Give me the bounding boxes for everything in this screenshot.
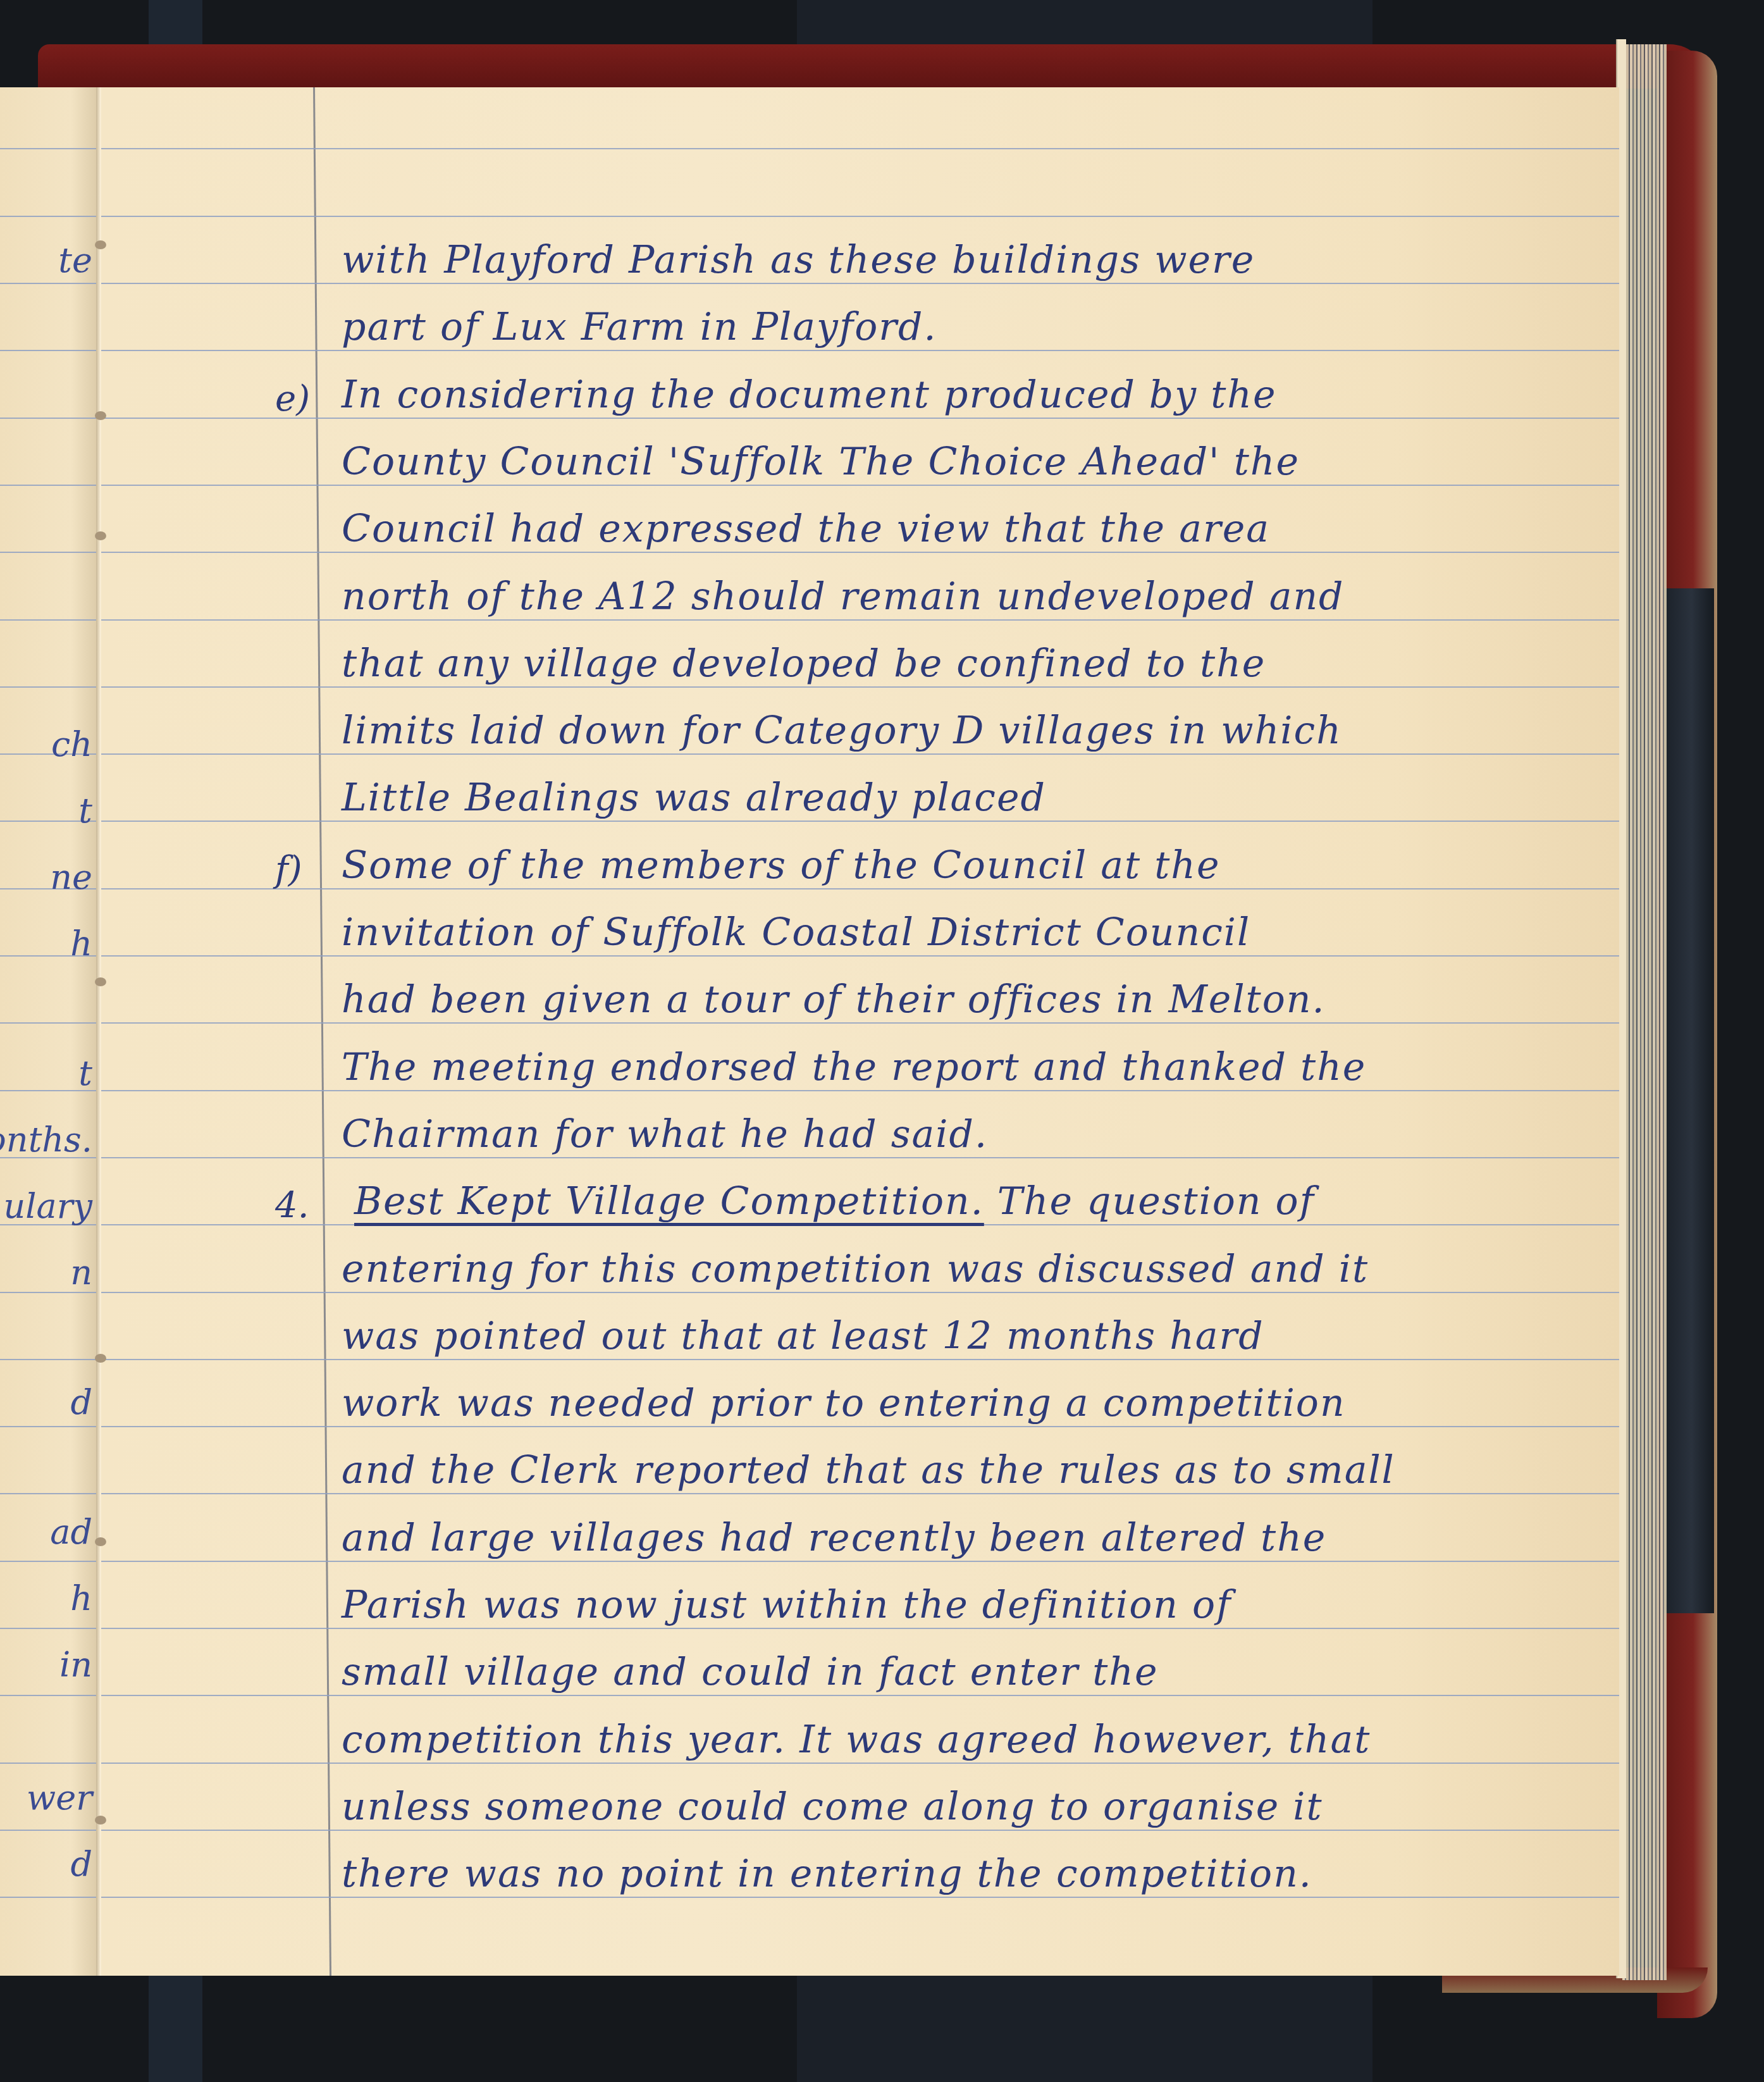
ruled-line	[101, 686, 1619, 688]
ruled-line	[0, 1426, 101, 1427]
ruled-line	[0, 485, 101, 486]
left-page-text-fragment: ulary	[3, 1186, 92, 1226]
item-4-text: The question of	[984, 1179, 1315, 1224]
left-page-text-fragment: h	[70, 924, 92, 964]
left-page-text-fragment: ne	[50, 857, 92, 897]
ruled-line	[101, 283, 1619, 284]
margin-line	[313, 87, 331, 1976]
left-page-text-fragment: t	[78, 791, 92, 831]
ruled-line	[0, 686, 101, 688]
handwritten-line: had been given a tour of their offices i…	[342, 981, 1326, 1019]
book-cover-top-edge	[38, 44, 1708, 89]
handwritten-line: Little Bealings was already placed	[342, 779, 1046, 817]
ruled-line	[101, 821, 1619, 822]
handwritten-line: The meeting endorsed the report and than…	[342, 1048, 1366, 1086]
right-page: with Playford Parish as these buildings …	[101, 87, 1619, 1976]
section-marker: 4.	[275, 1185, 309, 1226]
ruled-line	[101, 1090, 1619, 1091]
left-page-text-fragment: wer	[27, 1778, 92, 1818]
left-page-text-fragment: d	[70, 1844, 92, 1884]
ruled-line	[0, 619, 101, 621]
binding-stitch-hole	[95, 1816, 106, 1825]
binding-stitch-hole	[95, 531, 106, 540]
ruled-line	[0, 1493, 101, 1494]
ruled-line	[101, 619, 1619, 621]
handwritten-line: small village and could in fact enter th…	[342, 1653, 1159, 1691]
ruled-line	[101, 1561, 1619, 1562]
handwritten-line: competition this year. It was agreed how…	[342, 1721, 1371, 1759]
ruled-line	[101, 1897, 1619, 1898]
section-marker: f)	[275, 849, 302, 890]
handwritten-line: unless someone could come along to organ…	[342, 1788, 1323, 1826]
ruled-line	[101, 216, 1619, 217]
ruled-line	[101, 485, 1619, 486]
binding-stitch-hole	[95, 1537, 106, 1546]
handwritten-line: there was no point in entering the compe…	[342, 1855, 1312, 1893]
binding-stitch-hole	[95, 411, 106, 420]
ruled-line	[101, 1830, 1619, 1831]
ruled-line	[0, 350, 101, 351]
handwritten-line: Council had expressed the view that the …	[342, 510, 1270, 548]
handwritten-line: work was needed prior to entering a comp…	[342, 1384, 1346, 1422]
handwritten-line: part of Lux Farm in Playford.	[342, 308, 937, 346]
handwritten-line: In considering the document produced by …	[342, 376, 1277, 414]
handwritten-line: entering for this competition was discus…	[342, 1250, 1369, 1288]
handwritten-line: Some of the members of the Council at th…	[342, 846, 1221, 884]
handwritten-line: invitation of Suffolk Coastal District C…	[342, 914, 1250, 951]
left-page-text-fragment: n	[70, 1253, 92, 1292]
ruled-line	[101, 1359, 1619, 1360]
ruled-line	[101, 888, 1619, 889]
left-page-text-fragment: h	[70, 1578, 92, 1618]
handwritten-line: that any village developed be confined t…	[342, 645, 1266, 683]
left-page-text-fragment: te	[58, 240, 92, 280]
ruled-line	[101, 552, 1619, 553]
handwritten-line: Best Kept Village Competition. The quest…	[354, 1182, 1315, 1220]
handwritten-line: County Council 'Suffolk The Choice Ahead…	[342, 443, 1300, 481]
handwritten-line: Parish was now just within the definitio…	[342, 1586, 1231, 1624]
ruled-line	[101, 1224, 1619, 1225]
ruled-line	[0, 1628, 101, 1629]
left-page: techtnehtonths.ularyndadhinwerd	[0, 87, 101, 1976]
handwritten-line: limits laid down for Category D villages…	[342, 712, 1342, 750]
ruled-line	[0, 1359, 101, 1360]
handwritten-line: and the Clerk reported that as the rules…	[342, 1451, 1395, 1489]
ruled-line	[0, 1561, 101, 1562]
ruled-line	[101, 148, 1619, 149]
left-page-text-fragment: onths.	[0, 1120, 92, 1160]
ruled-line	[0, 1763, 101, 1764]
page-block-edges	[1622, 44, 1667, 1980]
book-spine-cloth	[1663, 588, 1714, 1613]
binding-stitch-hole	[95, 1354, 106, 1363]
handwritten-line: and large villages had recently been alt…	[342, 1519, 1326, 1557]
ruled-line	[101, 1695, 1619, 1696]
left-page-text-fragment: in	[59, 1645, 92, 1685]
left-page-text-fragment: d	[70, 1382, 92, 1422]
ruled-line	[101, 1157, 1619, 1158]
item-4-heading: Best Kept Village Competition.	[354, 1179, 984, 1224]
handwritten-line: Chairman for what he had said.	[342, 1115, 988, 1153]
handwritten-line: north of the A12 should remain undevelop…	[342, 578, 1345, 616]
ruled-line	[0, 1897, 101, 1898]
ruled-line	[0, 148, 101, 149]
ruled-line	[101, 1022, 1619, 1024]
left-page-text-fragment: ad	[50, 1512, 92, 1552]
ruled-line	[101, 1493, 1619, 1494]
handwritten-line: with Playford Parish as these buildings …	[342, 241, 1255, 279]
handwritten-line: was pointed out that at least 12 months …	[342, 1317, 1264, 1355]
ruled-line	[101, 1426, 1619, 1427]
ruled-line	[101, 753, 1619, 755]
binding-stitch-hole	[95, 977, 106, 986]
ruled-line	[101, 1628, 1619, 1629]
ruled-line	[101, 1292, 1619, 1293]
ruled-line	[0, 1830, 101, 1831]
left-page-text-fragment: ch	[51, 724, 92, 764]
binding-stitch-hole	[95, 240, 106, 249]
ruled-line	[0, 1022, 101, 1024]
ruled-line	[0, 552, 101, 553]
ruled-line	[0, 216, 101, 217]
left-page-text-fragment: t	[78, 1053, 92, 1093]
ruled-line	[101, 350, 1619, 351]
ruled-line	[0, 418, 101, 419]
ruled-line	[0, 1695, 101, 1696]
ruled-line	[101, 955, 1619, 957]
ruled-line	[0, 283, 101, 284]
ruled-line	[101, 1763, 1619, 1764]
section-marker: e)	[275, 378, 310, 419]
ruled-line	[101, 418, 1619, 419]
